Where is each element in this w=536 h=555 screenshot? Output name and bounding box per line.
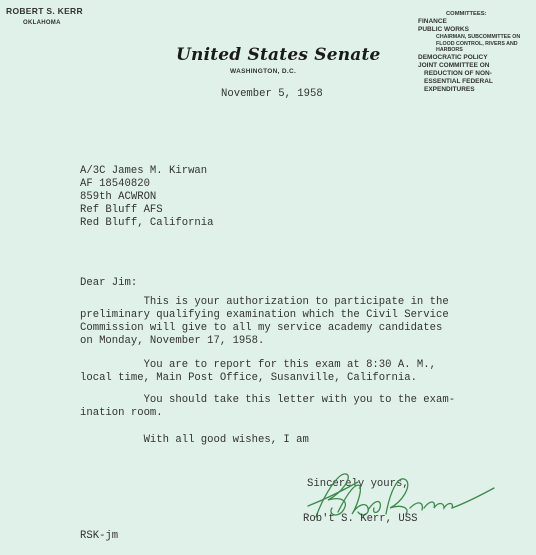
- sender-name: ROBERT S. KERR: [6, 6, 83, 16]
- committee-item: PUBLIC WORKS: [418, 26, 536, 34]
- recipient-line: AF 18540820: [80, 178, 214, 191]
- committee-item: REDUCTION OF NON-: [418, 70, 536, 78]
- reference-initials: RSK-jm: [80, 530, 118, 543]
- body-paragraph-3: You should take this letter with you to …: [80, 394, 455, 420]
- committee-item: ESSENTIAL FEDERAL: [418, 78, 536, 86]
- body-paragraph-2: You are to report for this exam at 8:30 …: [80, 359, 436, 385]
- committees-heading: COMMITTEES:: [418, 10, 536, 18]
- body-paragraph-1: This is your authorization to participat…: [80, 296, 449, 348]
- recipient-line: 859th ACWRON: [80, 191, 214, 204]
- letterhead-title: United States Senate: [176, 45, 381, 65]
- recipient-line: Ref Bluff AFS: [80, 204, 214, 217]
- letterhead-city: WASHINGTON, D.C.: [230, 68, 296, 75]
- committee-item: EXPENDITURES: [418, 86, 536, 94]
- recipient-line: Red Bluff, California: [80, 217, 214, 230]
- sender-state: OKLAHOMA: [23, 20, 61, 26]
- body-paragraph-4: With all good wishes, I am: [80, 434, 309, 447]
- committee-item: DEMOCRATIC POLICY: [418, 54, 536, 62]
- recipient-address: A/3C James M. Kirwan AF 18540820 859th A…: [80, 165, 214, 230]
- salutation: Dear Jim:: [80, 277, 137, 290]
- recipient-line: A/3C James M. Kirwan: [80, 165, 214, 178]
- letter-date: November 5, 1958: [221, 88, 323, 101]
- committees-list: COMMITTEES: FINANCEPUBLIC WORKSCHAIRMAN,…: [418, 10, 536, 94]
- committee-item: JOINT COMMITTEE ON: [418, 62, 536, 70]
- signer-name: Rob't S. Kerr, USS: [303, 513, 417, 526]
- committee-subitem: CHAIRMAN, SUBCOMMITTEE ON: [418, 34, 536, 41]
- committee-item: FINANCE: [418, 18, 536, 26]
